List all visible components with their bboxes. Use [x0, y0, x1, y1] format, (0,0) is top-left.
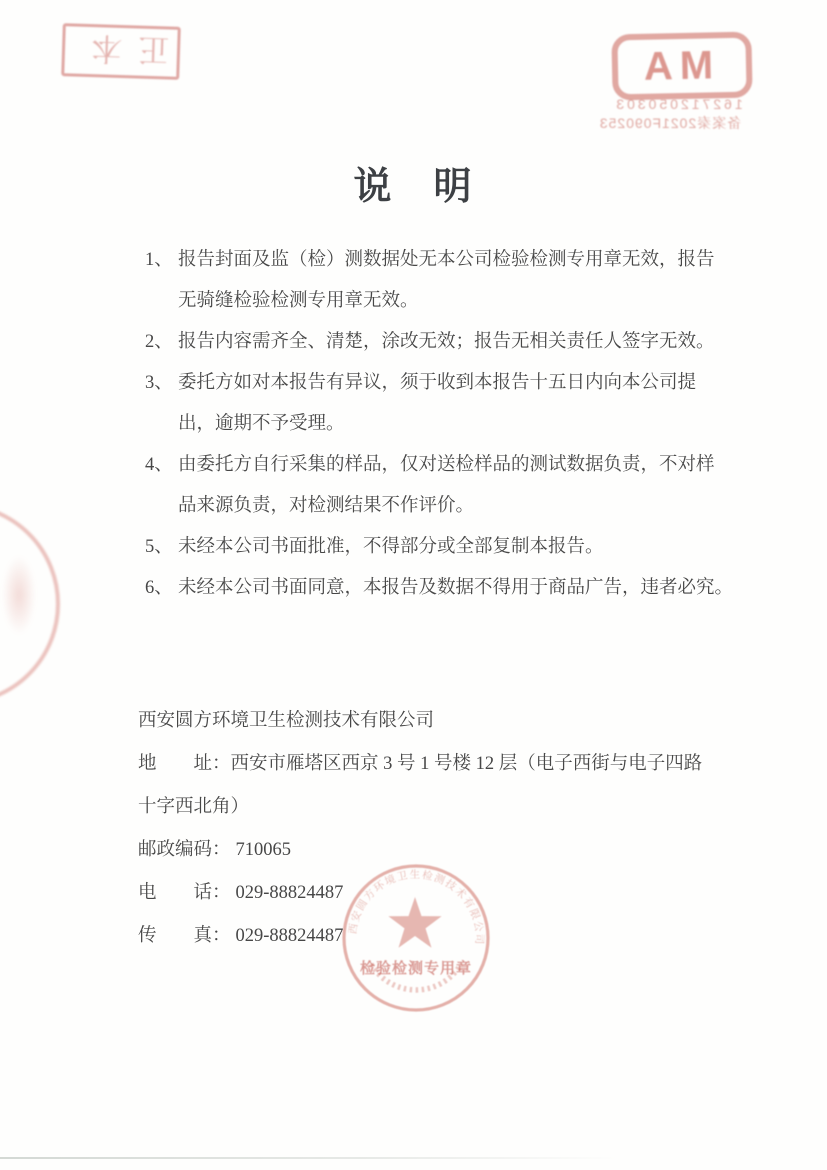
seal-banner-text: 检验检测专用章	[360, 959, 472, 977]
note-number: 6、	[145, 568, 178, 609]
scan-edge-artifact	[0, 1157, 618, 1159]
note-item-6: 6、未经本公司书面同意，本报告及数据不得用于商品广告，违者必究。	[145, 568, 765, 609]
report-notes-page: 正本 AM 162712050303 备案秦2021F090253 西安圆方环境…	[0, 0, 827, 1170]
cma-mirror-record-line: 备案秦2021F090253	[586, 113, 754, 133]
note-text: 委托方如对本报告有异议，须于收到本报告十五日内向本公司提 出，逾期不予受理。	[178, 373, 696, 434]
company-info: 西安圆方环境卫生检测技术有限公司 地 址：西安市雁塔区西京 3 号 1 号楼 1…	[138, 700, 738, 958]
fax-value: 029-88824487	[236, 926, 344, 946]
note-item-4: 4、由委托方自行采集的样品，仅对送检样品的测试数据负责，不对样 品来源负责，对检…	[145, 445, 765, 527]
note-item-3: 3、委托方如对本报告有异议，须于收到本报告十五日内向本公司提 出，逾期不予受理。	[145, 363, 765, 445]
company-name: 西安圆方环境卫生检测技术有限公司	[138, 700, 738, 743]
partial-seal-smudge	[2, 555, 36, 635]
original-copy-stamp: 正本	[61, 23, 181, 80]
cma-mirror-stamp-text: AM	[643, 43, 720, 90]
phone-label: 电 话：	[138, 883, 231, 903]
original-copy-stamp-text: 正本	[72, 28, 169, 76]
company-address-continued: 十字西北角）	[138, 786, 738, 829]
postcode-label: 邮政编码：	[138, 840, 231, 860]
company-address: 地 址：西安市雁塔区西京 3 号 1 号楼 12 层（电子西街与电子四路	[138, 743, 738, 786]
note-item-2: 2、报告内容需齐全、清楚，涂改无效；报告无相关责任人签字无效。	[145, 322, 765, 363]
note-text: 由委托方自行采集的样品，仅对送检样品的测试数据负责，不对样 品来源负责，对检测结…	[178, 455, 715, 516]
note-item-5: 5、未经本公司书面批准，不得部分或全部复制本报告。	[145, 527, 765, 568]
note-number: 5、	[145, 527, 178, 568]
page-title: 说 明	[0, 155, 827, 210]
cma-mirror-number-line: 162712050303	[612, 96, 744, 112]
postcode-value: 710065	[236, 840, 292, 860]
partial-seal-arc	[0, 503, 60, 705]
fax-label: 传 真：	[138, 926, 231, 946]
notes-list: 1、报告封面及监（检）测数据处无本公司检验检测专用章无效，报告 无骑缝检验检测专…	[145, 240, 765, 609]
note-number: 1、	[145, 240, 178, 281]
phone-value: 029-88824487	[236, 883, 344, 903]
address-label: 地 址：	[138, 754, 231, 774]
note-item-1: 1、报告封面及监（检）测数据处无本公司检验检测专用章无效，报告 无骑缝检验检测专…	[145, 240, 765, 322]
seal-code-arc	[371, 964, 461, 990]
cma-mirror-stamp: AM	[611, 32, 752, 101]
note-text: 报告封面及监（检）测数据处无本公司检验检测专用章无效，报告 无骑缝检验检测专用章…	[178, 250, 715, 311]
company-phone: 电 话：029-88824487	[138, 872, 738, 915]
note-text: 未经本公司书面批准，不得部分或全部复制本报告。	[178, 537, 604, 557]
note-number: 4、	[145, 445, 178, 486]
company-postcode: 邮政编码：710065	[138, 829, 738, 872]
address-value: 西安市雁塔区西京 3 号 1 号楼 12 层（电子西街与电子四路	[231, 754, 703, 774]
company-fax: 传 真：029-88824487	[138, 915, 738, 958]
note-number: 3、	[145, 363, 178, 404]
note-number: 2、	[145, 322, 178, 363]
note-text: 报告内容需齐全、清楚，涂改无效；报告无相关责任人签字无效。	[178, 332, 715, 352]
note-text: 未经本公司书面同意，本报告及数据不得用于商品广告，违者必究。	[178, 578, 733, 598]
